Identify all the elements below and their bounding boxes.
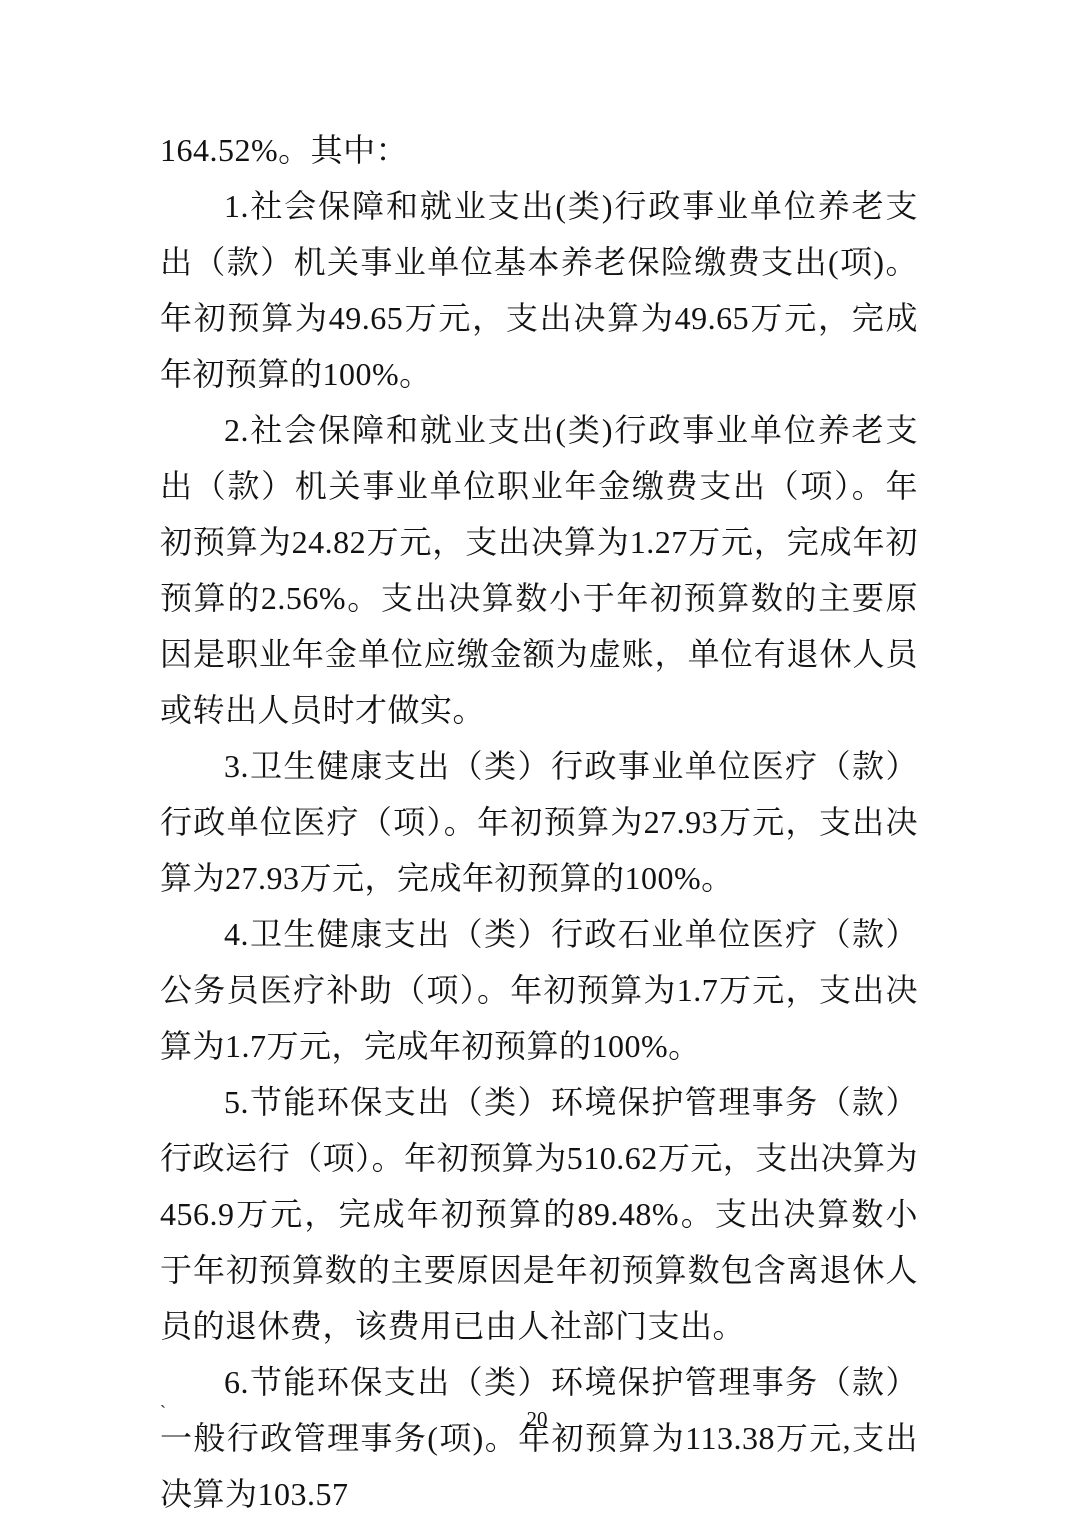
document-body: 164.52%。其中： 1.社会保障和就业支出(类)行政事业单位养老支出（款）机… xyxy=(160,122,918,1520)
paragraph-item-6: 6.节能环保支出（类）环境保护管理事务（款）一般行政管理事务(项)。年初预算为1… xyxy=(160,1354,918,1520)
paragraph-item-4: 4.卫生健康支出（类）行政石业单位医疗（款）公务员医疗补助（项）。年初预算为1.… xyxy=(160,906,918,1074)
paragraph-item-5: 5.节能环保支出（类）环境保护管理事务（款）行政运行（项）。年初预算为510.6… xyxy=(160,1074,918,1354)
document-page: 164.52%。其中： 1.社会保障和就业支出(类)行政事业单位养老支出（款）机… xyxy=(0,0,1074,1520)
paragraph-continuation: 164.52%。其中： xyxy=(160,122,918,178)
paragraph-item-3: 3.卫生健康支出（类）行政事业单位医疗（款）行政单位医疗（项）。年初预算为27.… xyxy=(160,738,918,906)
paragraph-item-1: 1.社会保障和就业支出(类)行政事业单位养老支出（款）机关事业单位基本养老保险缴… xyxy=(160,178,918,402)
page-number: 20 xyxy=(0,1406,1074,1432)
paragraph-item-2: 2.社会保障和就业支出(类)行政事业单位养老支出（款）机关事业单位职业年金缴费支… xyxy=(160,402,918,738)
